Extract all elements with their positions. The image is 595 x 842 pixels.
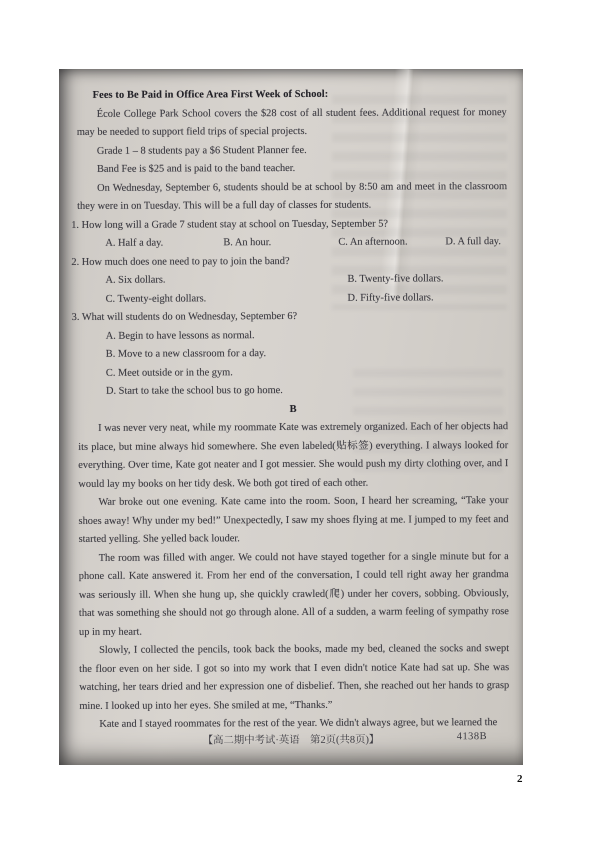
passage-a-title: Fees to Be Paid in Office Area First Wee…	[93, 85, 507, 105]
question-2-options-row-2: C. Twenty-eight dollars. D. Fifty-five d…	[106, 289, 508, 309]
question-2-options-row-1: A. Six dollars. B. Twenty-five dollars.	[105, 270, 507, 290]
question-1-option-a: A. Half a day.	[105, 234, 223, 253]
question-3-option-a: A. Begin to have lessons as normal.	[106, 326, 508, 346]
question-2-option-c: C. Twenty-eight dollars.	[106, 289, 348, 309]
passage-b-paragraph-4: Slowly, I collected the pencils, took ba…	[79, 640, 509, 716]
passage-b-paragraph-1: I was never very neat, while my roommate…	[78, 418, 508, 494]
question-1-option-b: B. An hour.	[223, 234, 338, 253]
intro-paragraph-4: On Wednesday, September 6, students shou…	[77, 178, 507, 217]
intro-paragraph-1: École College Park School covers the $28…	[77, 104, 507, 143]
intro-paragraph-2: Grade 1 – 8 students pay a $6 Student Pl…	[77, 141, 507, 161]
intro-paragraph-3: Band Fee is $25 and is paid to the band …	[77, 159, 507, 179]
question-1-option-c: C. An afternoon.	[338, 233, 445, 252]
footer-paper-code: 4138B	[457, 731, 487, 742]
question-3-option-d: D. Start to take the school bus to go ho…	[106, 381, 508, 401]
question-1-options: A. Half a day. B. An hour. C. An afterno…	[105, 233, 507, 253]
question-1: 1. How long will a Grade 7 student stay …	[71, 215, 507, 235]
footer-exam-label: 【高二期中考试·英语 第2页(共8页)】	[203, 735, 380, 747]
page-number: 2	[517, 773, 523, 785]
question-2-option-a: A. Six dollars.	[105, 271, 347, 291]
question-2: 2. How much does one need to pay to join…	[71, 252, 507, 272]
question-2-option-b: B. Twenty-five dollars.	[347, 270, 443, 289]
exam-footer: 【高二期中考试·英语 第2页(共8页)】 4138B	[59, 730, 523, 747]
question-2-option-d: D. Fifty-five dollars.	[348, 289, 434, 308]
question-3-option-b: B. Move to a new classroom for a day.	[106, 344, 508, 364]
scanned-exam-page: Fees to Be Paid in Office Area First Wee…	[59, 69, 523, 765]
exam-content: Fees to Be Paid in Office Area First Wee…	[58, 68, 525, 735]
passage-b-paragraph-3: The room was filled with anger. We could…	[79, 548, 509, 642]
passage-b-paragraph-2: War broke out one evening. Kate came int…	[78, 492, 508, 549]
question-3: 3. What will students do on Wednesday, S…	[72, 307, 508, 327]
section-b-label: B	[78, 400, 508, 420]
question-3-option-c: C. Meet outside or in the gym.	[106, 363, 508, 383]
question-1-option-d: D. A full day.	[445, 233, 501, 252]
